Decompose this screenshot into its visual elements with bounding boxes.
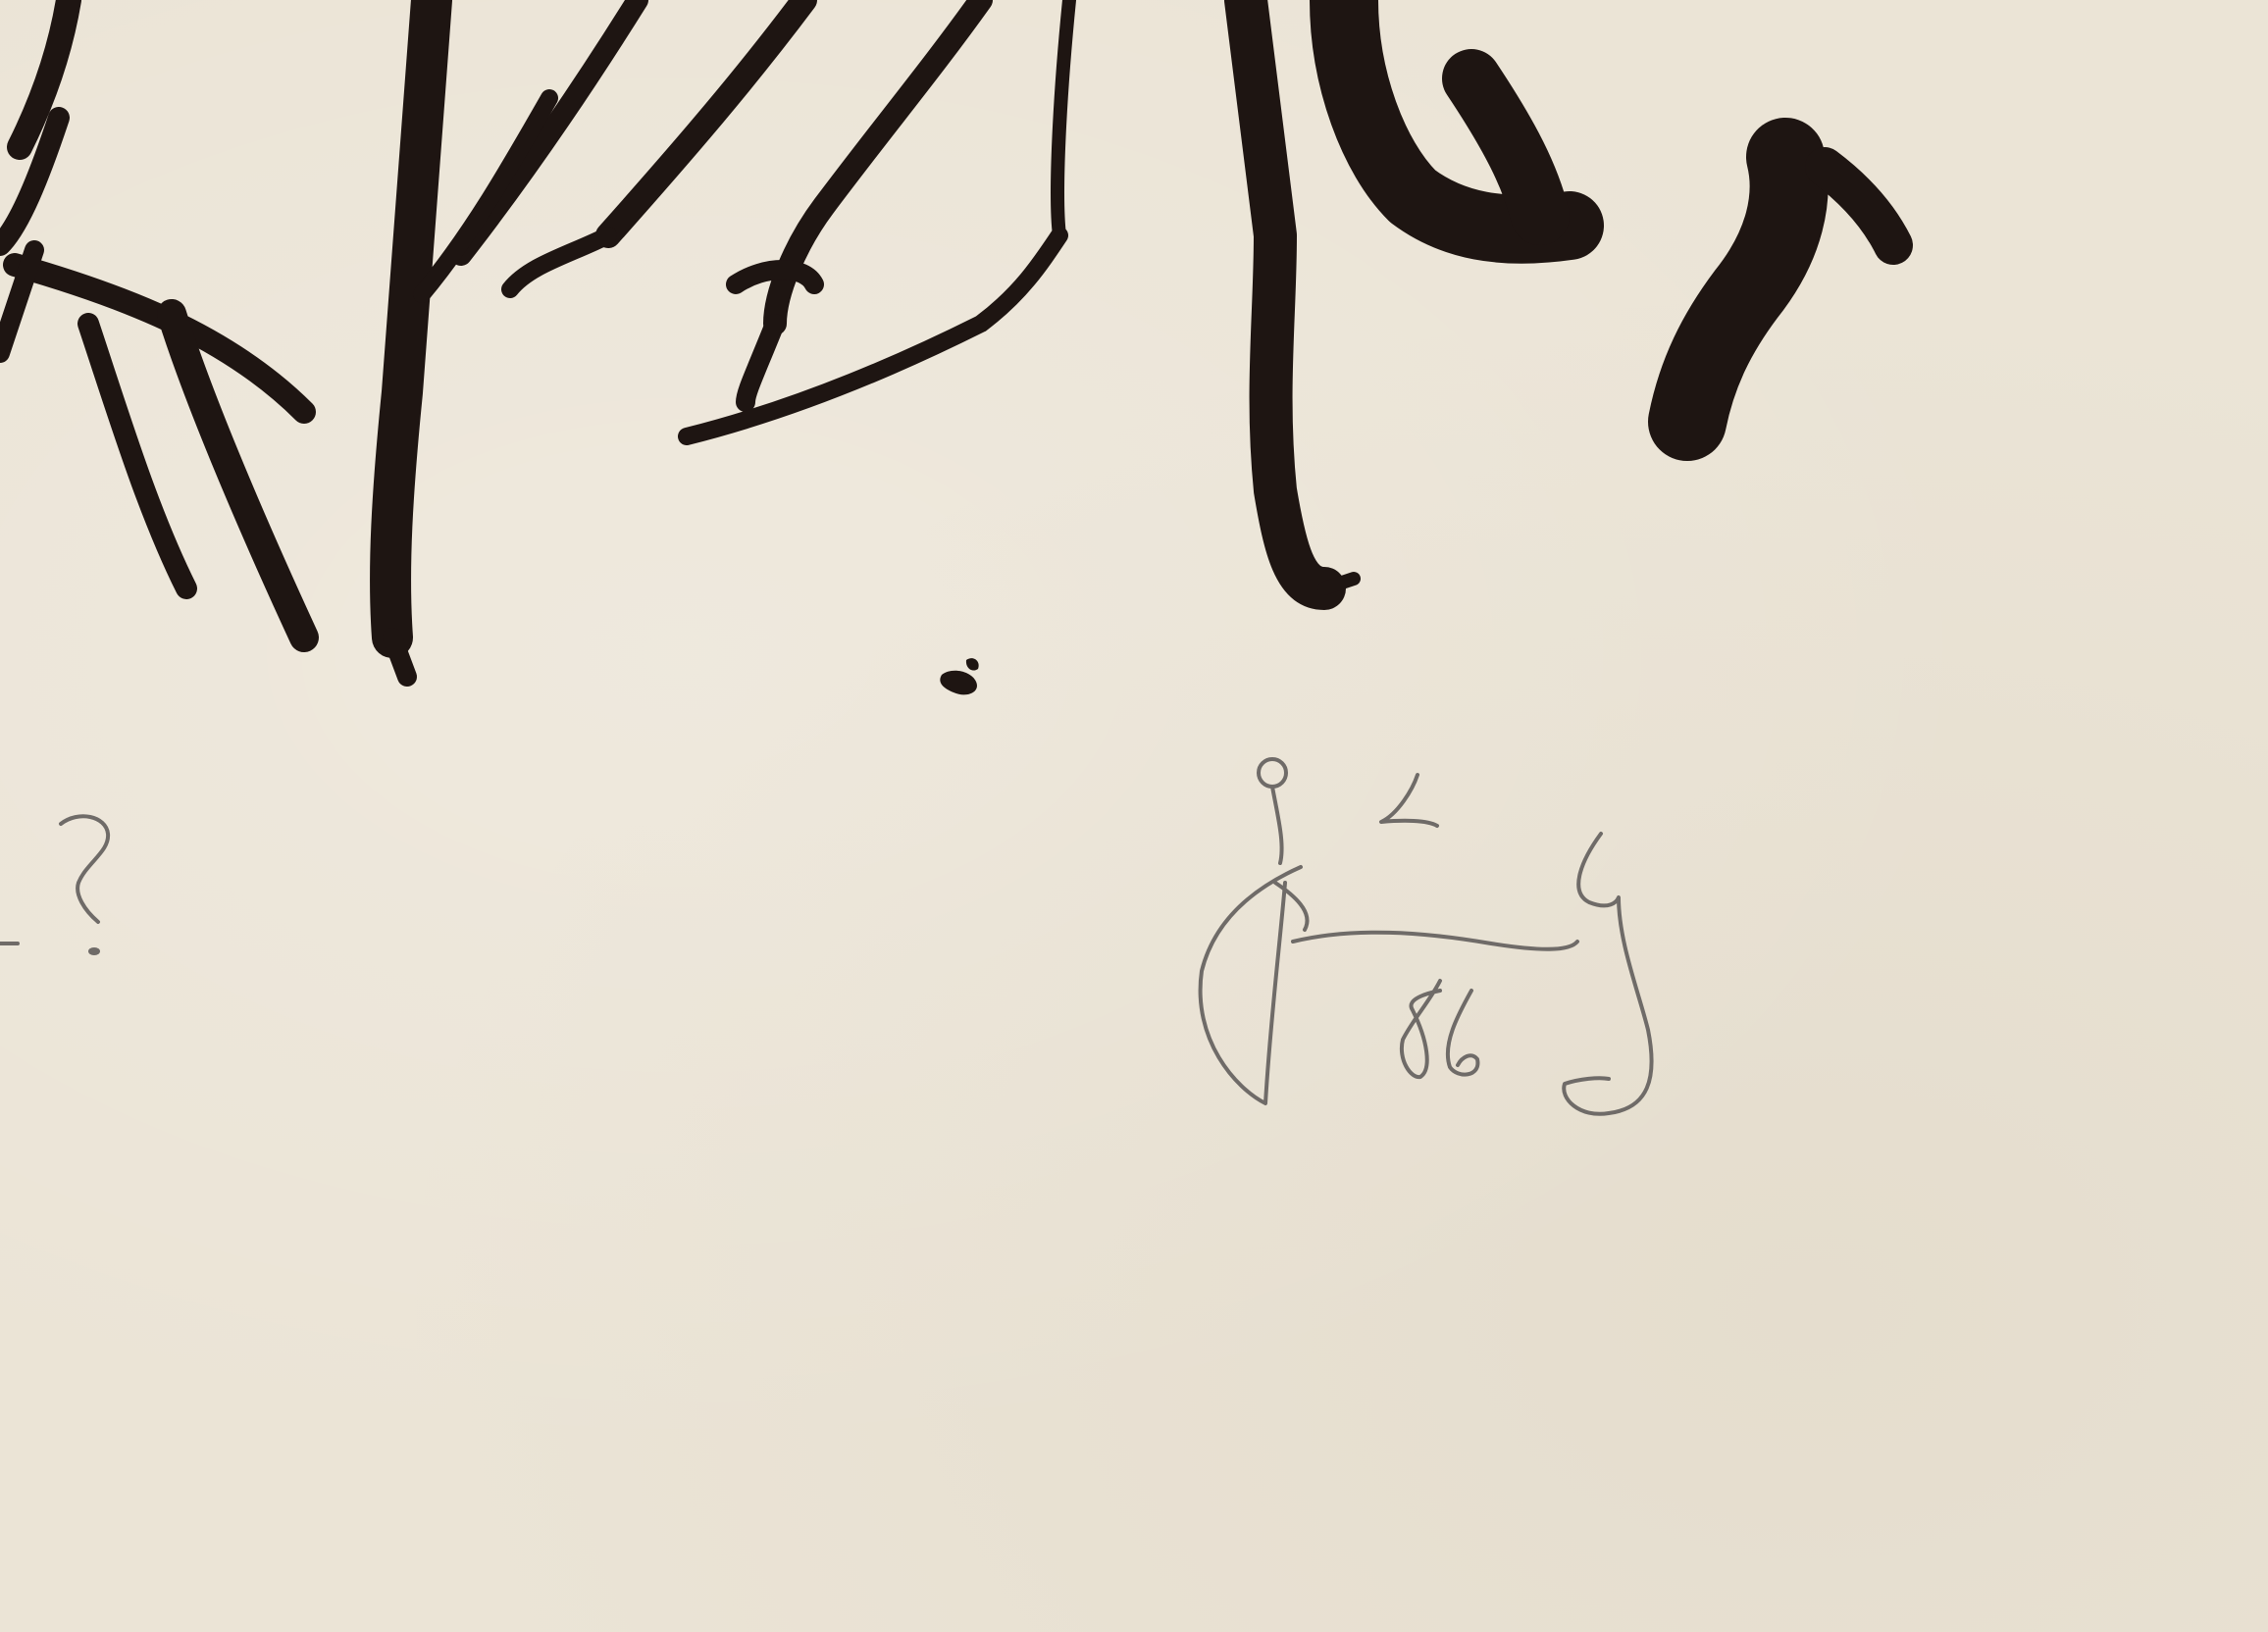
question-mark <box>61 816 108 922</box>
ink-drawing <box>0 0 2268 1632</box>
paper-sheet: ? 2 86 signature (illegible) <box>0 0 2268 1632</box>
